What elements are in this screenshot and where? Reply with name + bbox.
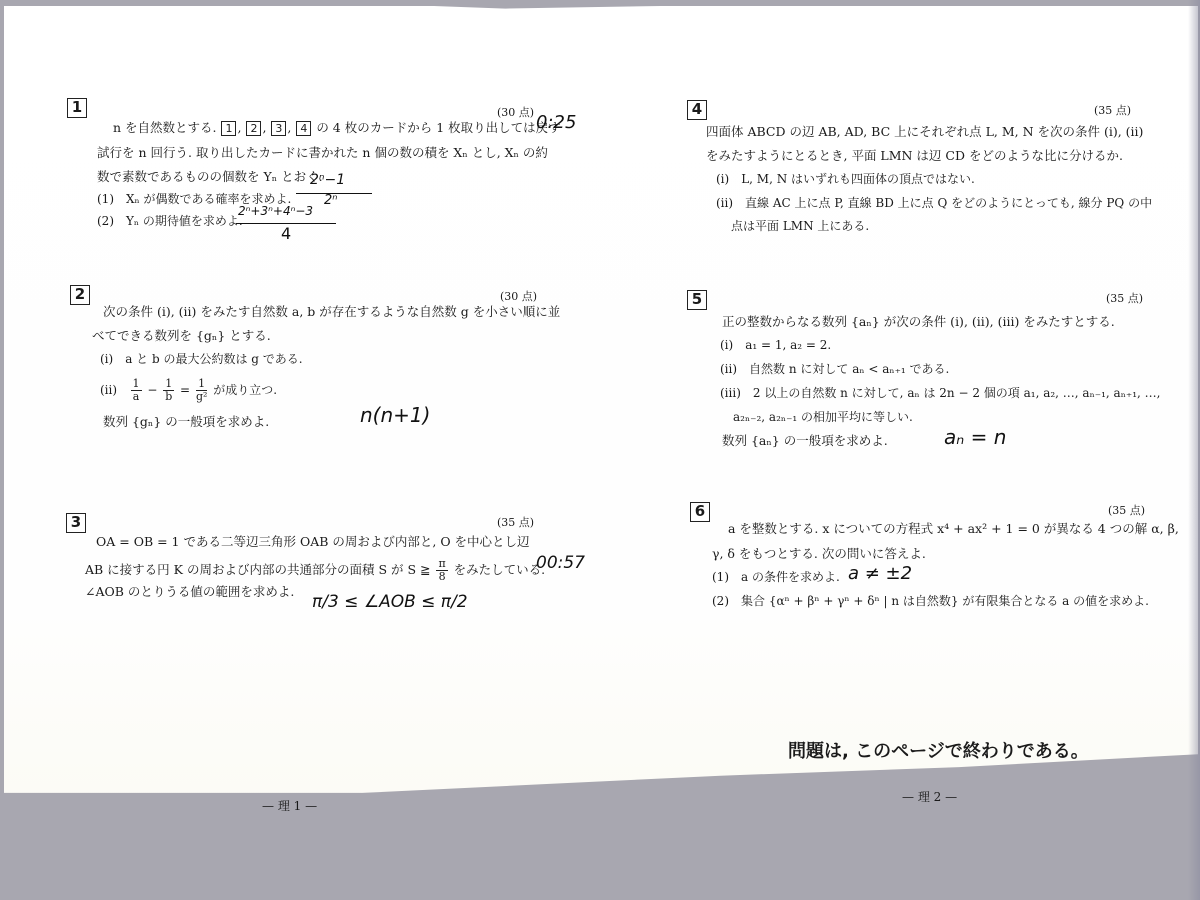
- page-edge-shadow: [1188, 0, 1200, 900]
- problem-question: 数列 {aₙ} の一般項を求めよ.: [722, 431, 888, 449]
- handwritten-answer: aₙ = n: [944, 425, 1006, 449]
- problem-text-line: べてできる数列を {gₙ} とする.: [92, 326, 271, 344]
- problem-number-box: 2: [70, 285, 90, 305]
- handwritten-answer-1-denominator: 2ⁿ: [324, 193, 337, 208]
- problem-question: ∠AOB のとりうる値の範囲を求めよ.: [85, 582, 294, 600]
- problem-points: (35 点): [1108, 502, 1145, 518]
- problem-points: (35 点): [1106, 290, 1143, 306]
- problem-text-line: 次の条件 (i), (ii) をみたす自然数 a, b が存在するような自然数 …: [103, 302, 560, 320]
- card-box: 1: [221, 121, 236, 136]
- problem-text-line: AB に接する円 K の周および内部の共通部分の面積 S が S ≧ π8 をみ…: [85, 558, 545, 583]
- condition-i: (i) a と b の最大公約数は g である.: [100, 350, 303, 367]
- fraction-1-over-a: 1a: [131, 378, 142, 403]
- fraction-1-over-g-squared: 1g²: [196, 378, 207, 403]
- handwritten-answer: π/3 ≤ ∠AOB ≤ π/2: [312, 592, 468, 612]
- sub-question-2: (2) Yₙ の期待値を求めよ.: [97, 212, 243, 229]
- problem-text-line: n を自然数とする. 1, 2, 3, 4 の 4 枚のカードから 1 枚取り出…: [113, 118, 561, 136]
- problem-number-box: 6: [690, 502, 710, 522]
- card-box: 2: [246, 121, 261, 136]
- problem-text-line: 正の整数からなる数列 {aₙ} が次の条件 (i), (ii), (iii) を…: [722, 312, 1115, 330]
- condition-ii-continued: 点は平面 LMN 上にある.: [731, 217, 869, 234]
- fraction-pi-over-8: π8: [436, 558, 447, 583]
- problem-question: 数列 {gₙ} の一般項を求めよ.: [103, 412, 269, 430]
- problem-text-line: γ, δ をもつとする. 次の問いに答えよ.: [712, 544, 926, 562]
- problem-text-line: a を整数とする. x についての方程式 x⁴ + ax² + 1 = 0 が異…: [728, 519, 1179, 537]
- condition-ii: (ii) 直線 AC 上に点 P, 直線 BD 上に点 Q をどのようにとっても…: [716, 194, 1152, 211]
- handwritten-answer-2-denominator: 4: [281, 224, 291, 243]
- problem-text-line: 試行を n 回行う. 取り出したカードに書かれた n 個の数の積を Xₙ とし,…: [97, 143, 548, 161]
- problem-text-line: 四面体 ABCD の辺 AB, AD, BC 上にそれぞれ点 L, M, N を…: [706, 122, 1143, 140]
- handwritten-answer-2-numerator: 2ⁿ+3ⁿ+4ⁿ−3: [238, 204, 313, 218]
- problem-number-box: 1: [67, 98, 87, 118]
- handwritten-answer: a ≠ ±2: [848, 563, 912, 584]
- problem-number-box: 3: [66, 513, 86, 533]
- page-footer-right: — 理 2 —: [902, 788, 957, 805]
- handwritten-time: 00:57: [536, 553, 585, 573]
- handwritten-answer: n(n+1): [360, 403, 430, 427]
- condition-i: (i) a₁ = 1, a₂ = 2.: [720, 336, 831, 353]
- problem-points: (35 点): [497, 514, 534, 530]
- sub-question-2: (2) 集合 {αⁿ + βⁿ + γⁿ + δⁿ | n は自然数} が有限集…: [712, 592, 1149, 609]
- problem-text-line: OA = OB = 1 である二等辺三角形 OAB の周および内部と, O を中…: [96, 532, 530, 550]
- condition-iii-continued: a₂ₙ₋₂, a₂ₙ₋₁ の相加平均に等しい.: [733, 408, 913, 425]
- problem-number-box: 5: [687, 290, 707, 310]
- sub-question-1: (1) a の条件を求めよ.: [712, 568, 840, 585]
- page-footer-left: — 理 1 —: [262, 797, 317, 814]
- fraction-1-over-b: 1b: [163, 378, 174, 403]
- card-box: 4: [296, 121, 311, 136]
- problem-text-line: をみたすようにとるとき, 平面 LMN は辺 CD をどのような比に分けるか.: [706, 146, 1123, 164]
- problem-text-line: 数で素数であるものの個数を Yₙ とおく.: [97, 167, 323, 185]
- handwritten-time: 0:25: [536, 112, 576, 133]
- problem-number-box: 4: [687, 100, 707, 120]
- condition-i: (i) L, M, N はいずれも四面体の頂点ではない.: [716, 170, 975, 187]
- handwritten-answer-1-numerator: 2ⁿ−1: [310, 172, 345, 188]
- condition-ii: (ii) 自然数 n に対して aₙ < aₙ₊₁ である.: [720, 360, 949, 377]
- condition-ii: (ii) 1a − 1b = 1g² が成り立つ.: [100, 378, 277, 403]
- condition-iii: (iii) 2 以上の自然数 n に対して, aₙ は 2n − 2 個の項 a…: [720, 384, 1160, 401]
- card-box: 3: [271, 121, 286, 136]
- end-of-problems-note: 問題は, このページで終わりである。: [788, 737, 1089, 763]
- problem-points: (35 点): [1094, 102, 1131, 118]
